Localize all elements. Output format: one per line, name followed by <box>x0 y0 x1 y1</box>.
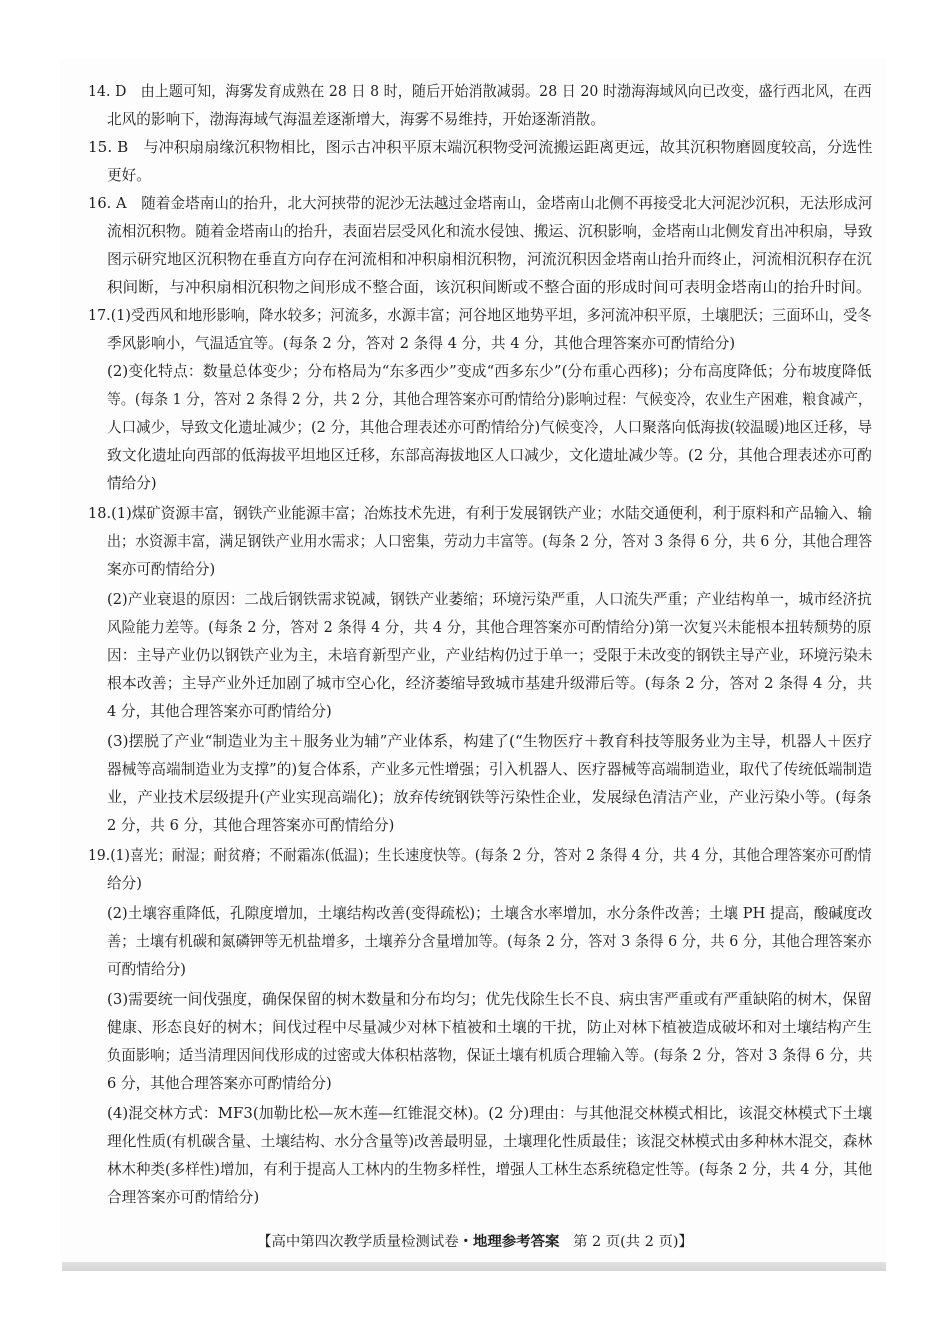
answer-15-line-2: 更好。 <box>107 166 151 186</box>
answer-18-line-12: 2 分，共 6 分，其他合理答案亦可酌情给分) <box>107 816 394 836</box>
page-bottom-edge <box>62 1262 886 1271</box>
answer-18-line-7: 根本改善；主导产业外迁加剧了城市空心化，经济萎缩导致城市基建升级滞后等。(每条 … <box>107 674 872 694</box>
answer-18-line-9: (3)摆脱了产业“制造业为主＋服务业为辅”产业体系，构建了(“生物医疗＋教育科技… <box>107 732 872 752</box>
answer-19-line-12: 林木种类(多样性)增加，有利于提高人工林内的生物多样性，增强人工林生态系统稳定性… <box>107 1160 872 1180</box>
footer-exam-name: 高中第四次教学质量检测试卷 <box>272 1234 459 1250</box>
answer-17-line-6: 致文化遗址向西部的低海拔平坦地区迁移，东部高海拔地区人口减少，文化遗址减少等。(… <box>107 446 872 466</box>
answer-19-line-5: 可酌情给分) <box>107 960 186 980</box>
answer-19-line-13: 合理答案亦可酌情给分) <box>107 1188 259 1208</box>
answer-18-line-3: 案亦可酌情给分) <box>107 560 215 580</box>
answer-19-line-7: 健康、形态良好的树木；间伐过程中尽量减少对林下植被和土壤的干扰，防止对林下植被造… <box>107 1018 872 1038</box>
answer-19-line-11: 理化性质(有机碳含量、土壤结构、水分含量等)改善最明显，土壤理化性质最佳；该混交… <box>107 1132 872 1152</box>
answer-19-line-6: (3)需要统一间伐强度，确保保留的树木数量和分布均匀；优先伐除生长不良、病虫害严… <box>107 990 872 1010</box>
answer-18-line-8: 4 分，其他合理答案亦可酌情给分) <box>107 702 332 722</box>
answer-16-line-1: 16. A 随着金塔南山的抬升，北大河挟带的泥沙无法越过金塔南山，金塔南山北侧不… <box>88 194 872 214</box>
answer-17-line-4: 等。(每条 1 分，答对 2 条得 2 分，共 2 分，其他合理答案亦可酌情给分… <box>107 390 872 410</box>
answer-18-line-6: 因：主导产业仍以钢铁产业为主，未培育新型产业，产业结构仍过于单一；受限于未改变的… <box>107 646 872 666</box>
footer-separator: ・ <box>459 1233 473 1250</box>
answer-14-line-2: 北风的影响下，渤海海域气海温差逐渐增大，海雾不易维持，开始逐渐消散。 <box>107 110 605 130</box>
answer-17-line-7: 情给分) <box>107 474 157 494</box>
answer-19-line-9: 6 分，其他合理答案亦可酌情给分) <box>107 1074 332 1094</box>
answer-17-line-2: 季风影响小，气温适宜等。(每条 2 分，答对 2 条得 4 分，共 4 分，其他… <box>107 334 735 354</box>
answer-18-line-5: 风险能力差等。(每条 2 分，答对 2 条得 4 分，共 4 分，其他合理答案亦… <box>107 618 872 638</box>
answer-14-line-1: 14. D 由上题可知，海雾发育成熟在 28 日 8 时，随后开始消散减弱。28… <box>88 82 845 102</box>
answer-16-line-3: 图示研究地区沉积物在垂直方向存在河流相和冲积扇相沉积物，河流沉积因金塔南山抬升而… <box>107 250 872 270</box>
footer-page-info: 第 2 页(共 2 页) <box>573 1234 678 1250</box>
answer-16-line-2: 流相沉积物。随着金塔南山的抬升，表面岩层受风化和流水侵蚀、搬运、沉积影响，金塔南… <box>107 222 872 242</box>
footer-close-bracket: 】 <box>679 1234 693 1250</box>
answer-17-line-3: (2)变化特点：数量总体变少；分布格局为“东多西少”变成“西多东少”(分布重心西… <box>107 362 872 382</box>
footer-open-bracket: 【 <box>257 1234 271 1250</box>
answer-19-line-3: (2)土壤容重降低，孔隙度增加，土壤结构改善(变得疏松)；土壤含水率增加，水分条… <box>107 904 872 924</box>
answer-19-line-4: 善；土壤有机碳和氮磷钾等无机盐增多，土壤养分含量增加等。(每条 2 分，答对 3… <box>107 932 872 952</box>
answer-19-line-1: 19.(1)喜光；耐湿；耐贫瘠；不耐霜冻(低温)；生长速度快等。(每条 2 分，… <box>88 846 872 866</box>
answer-17-line-1: 17.(1)受西风和地形影响，降水较多；河流多，水源丰富；河谷地区地势平坦，多河… <box>88 306 872 326</box>
answer-18-line-2: 出；水资源丰富，满足钢铁产业用水需求；人口密集，劳动力丰富等。(每条 2 分，答… <box>107 532 872 552</box>
page-footer: 【高中第四次教学质量检测试卷・地理参考答案 第 2 页(共 2 页)】 <box>0 1232 950 1252</box>
answer-18-line-10: 器械等高端制造业为支撑”的)复合体系，产业多元性增强；引入机器人、医疗器械等高端… <box>107 760 872 780</box>
footer-subject: 地理参考答案 <box>473 1233 559 1250</box>
answer-18-line-1: 18.(1)煤矿资源丰富，钢铁产业能源丰富；冶炼技术先进，有利于发展钢铁产业；水… <box>88 504 872 524</box>
answer-16-line-4: 积间断，与冲积扇相沉积物之间形成不整合面，该沉积间断或不整合面的形成时间可表明金… <box>107 278 872 298</box>
answer-19-line-8: 负面影响；适当清理因间伐形成的过密或大体积枯落物，保证土壤有机质合理输入等。(每… <box>107 1046 872 1066</box>
answer-18-line-11: 业，产业技术层级提升(产业实现高端化)；放弃传统钢铁等污染性企业，发展绿色清洁产… <box>107 788 872 808</box>
answer-15-line-1: 15. B 与冲积扇扇缘沉积物相比，图示古冲积平原末端沉积物受河流搬运距离更远，… <box>88 138 872 158</box>
answer-19-line-2: 给分) <box>107 874 142 894</box>
answer-18-line-4: (2)产业衰退的原因：二战后钢铁需求锐减，钢铁产业萎缩；环境污染严重，人口流失严… <box>107 590 872 610</box>
answer-17-line-5: 人口减少，导致文化遗址减少；(2 分，其他合理表述亦可酌情给分)气候变冷，人口聚… <box>107 418 872 438</box>
answer-19-line-10: (4)混交林方式：MF3(加勒比松—灰木莲—红锥混交林)。(2 分)理由：与其他… <box>107 1104 872 1124</box>
